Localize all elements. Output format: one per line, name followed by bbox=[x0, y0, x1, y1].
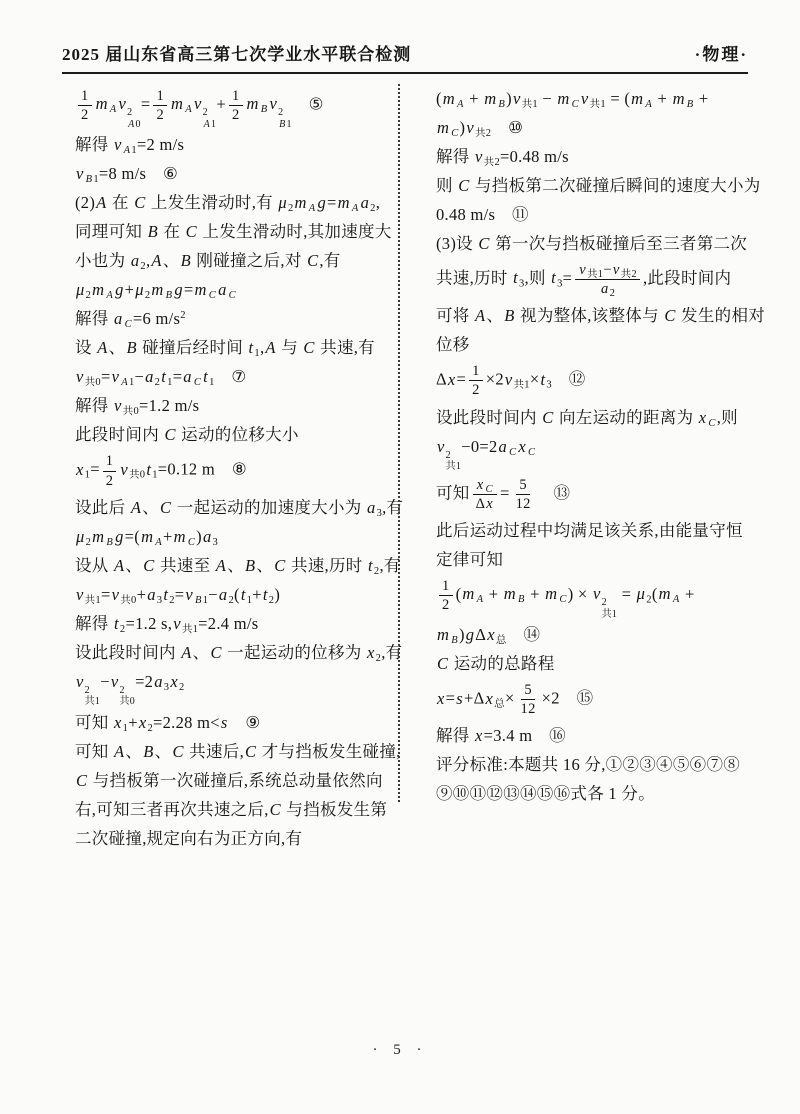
text-line: 共速,历时 t3,则 t3=v共1−v共2a2,此段时间内 bbox=[436, 258, 755, 301]
page-footer: · 5 · bbox=[0, 1042, 800, 1059]
text-line: 二次碰撞,规定向右为正方向,有 bbox=[75, 824, 396, 853]
text-line: 可知 x1+x2=2.28 m<s ⑨ bbox=[75, 708, 396, 737]
text-line: v共1=v共0+a3t2=vB1−a2(t1+t2) bbox=[75, 580, 396, 609]
text-line: 评分标准:本题共 16 分,①②③④⑤⑥⑦⑧ bbox=[436, 750, 755, 779]
text-line: x1=12v共0t1=0.12 m ⑧ bbox=[75, 449, 396, 492]
text-line: v2共1−v2共0=2a3x2 bbox=[75, 667, 396, 708]
text-line: 则 C 与挡板第二次碰撞后瞬间的速度大小为 bbox=[436, 171, 755, 200]
text-line: 设从 A、C 共速至 A、B、C 共速,历时 t2,有 bbox=[75, 551, 396, 580]
text-line: 右,可知三者再次共速之后,C 与挡板发生第 bbox=[75, 795, 396, 824]
text-line: 0.48 m/s ⑪ bbox=[436, 200, 755, 229]
text-line: 设此段时间内 C 向左运动的距离为 xC,则 bbox=[436, 403, 755, 432]
text-line: μ2mBg=(mA+mC)a3 bbox=[75, 522, 396, 551]
text-line: 解得 aC=6 m/s2 bbox=[75, 304, 396, 333]
text-line: 解得 x=3.4 m ⑯ bbox=[436, 721, 755, 750]
text-line: (2)A 在 C 上发生滑动时,有 μ2mAg=mAa2, bbox=[75, 188, 396, 217]
text-line: 解得 vA1=2 m/s bbox=[75, 130, 396, 159]
text-line: 定律可知 bbox=[436, 545, 755, 574]
text-line: mC)v共2 ⑩ bbox=[436, 113, 755, 142]
right-column: (mA + mB)v共1 − mCv共1 = (mA + mB +mC)v共2 … bbox=[436, 84, 755, 853]
text-line: v2共1−0=2aCxC bbox=[436, 432, 755, 473]
text-line: μ2mAg+μ2mBg=mCaC bbox=[75, 275, 396, 304]
text-line: 设此后 A、C 一起运动的加速度大小为 a3,有 bbox=[75, 493, 396, 522]
text-line: 解得 v共0=1.2 m/s bbox=[75, 391, 396, 420]
page-number: · 5 · bbox=[373, 1042, 428, 1058]
text-line: 解得 v共2=0.48 m/s bbox=[436, 142, 755, 171]
text-line: 可知xCΔx=512 ⑬ bbox=[436, 473, 755, 516]
exam-title: 2025 届山东省高三第七次学业水平联合检测 bbox=[62, 40, 411, 65]
text-line: 此后运动过程中均满足该关系,由能量守恒 bbox=[436, 516, 755, 545]
text-line: 解得 t2=1.2 s,v共1=2.4 m/s bbox=[75, 609, 396, 638]
text-line: 小也为 a2,A、B 刚碰撞之后,对 C,有 bbox=[75, 246, 396, 275]
text-line: x=s+Δx总×512×2 ⑮ bbox=[436, 678, 755, 721]
text-line: ⑨⑩⑪⑫⑬⑭⑮⑯式各 1 分。 bbox=[436, 779, 755, 808]
subject-label: ·物理· bbox=[695, 40, 748, 65]
text-line: 12(mA + mB + mC) × v2共1 = μ2(mA + bbox=[436, 574, 755, 620]
text-line: 此段时间内 C 运动的位移大小 bbox=[75, 420, 396, 449]
text-line: v共0=vA1−a2t1=aCt1 ⑦ bbox=[75, 362, 396, 391]
text-line: C 与挡板第一次碰撞后,系统总动量依然向 bbox=[75, 766, 396, 795]
text-line: 位移 bbox=[436, 330, 755, 359]
solution-content: 12mAv2A0=12mAv2A1+12mBv2B1 ⑤解得 vA1=2 m/s… bbox=[75, 84, 751, 853]
text-line: C 运动的总路程 bbox=[436, 649, 755, 678]
text-line: Δx=12×2v共1×t3 ⑫ bbox=[436, 359, 755, 402]
text-line: (mA + mB)v共1 − mCv共1 = (mA + mB + bbox=[436, 84, 755, 113]
document-page: 2025 届山东省高三第七次学业水平联合检测 ·物理· 12mAv2A0=12m… bbox=[0, 0, 800, 1114]
text-line: 同理可知 B 在 C 上发生滑动时,其加速度大 bbox=[75, 217, 396, 246]
page-header: 2025 届山东省高三第七次学业水平联合检测 ·物理· bbox=[62, 40, 748, 74]
text-line: 可知 A、B、C 共速后,C 才与挡板发生碰撞, bbox=[75, 737, 396, 766]
text-line: vB1=8 m/s ⑥ bbox=[75, 159, 396, 188]
text-line: mB)gΔx总 ⑭ bbox=[436, 620, 755, 649]
text-line: 设 A、B 碰撞后经时间 t1,A 与 C 共速,有 bbox=[75, 333, 396, 362]
text-line: 12mAv2A0=12mAv2A1+12mBv2B1 ⑤ bbox=[75, 84, 396, 130]
text-line: 可将 A、B 视为整体,该整体与 C 发生的相对 bbox=[436, 301, 755, 330]
text-line: 设此段时间内 A、C 一起运动的位移为 x2,有 bbox=[75, 638, 396, 667]
text-line: (3)设 C 第一次与挡板碰撞后至三者第二次 bbox=[436, 229, 755, 258]
column-divider bbox=[398, 84, 400, 802]
left-column: 12mAv2A0=12mAv2A1+12mBv2B1 ⑤解得 vA1=2 m/s… bbox=[75, 84, 396, 853]
